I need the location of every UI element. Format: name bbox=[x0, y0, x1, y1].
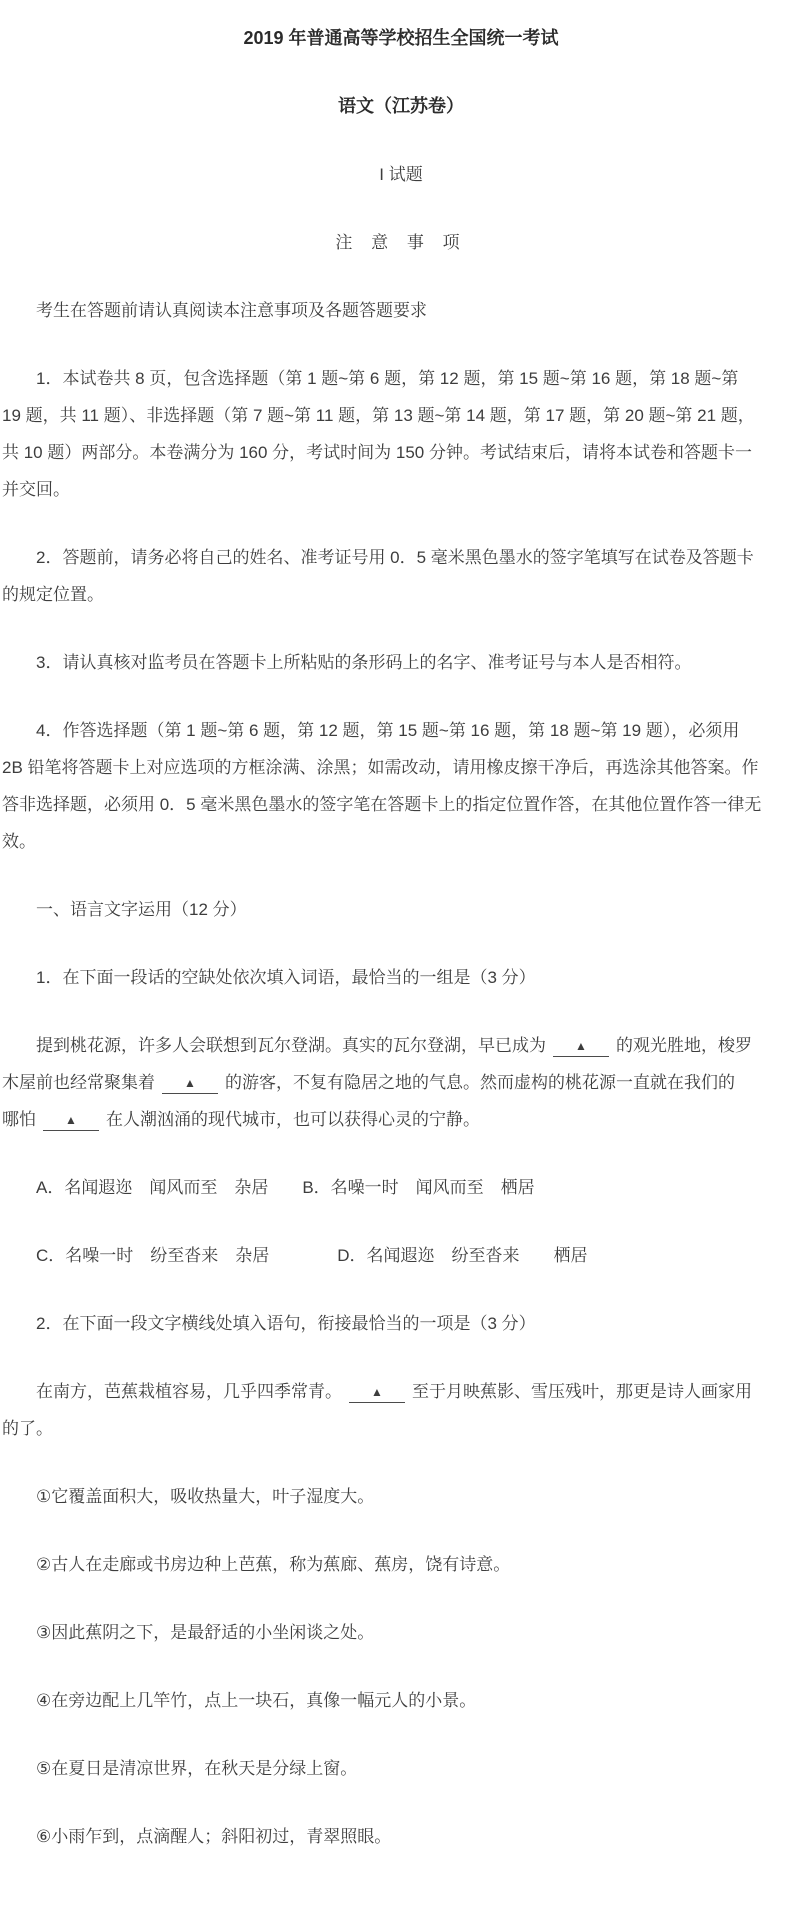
notice-intro: 考生在答题前请认真阅读本注意事项及各题答题要求 bbox=[2, 292, 800, 329]
question-1-stem: 1．在下面一段话的空缺处依次填入词语，最恰当的一组是（3 分） bbox=[2, 959, 800, 996]
fill-in-blank-marker: ▲ bbox=[43, 1113, 99, 1131]
question-2-passage-line-1: 在南方，芭蕉栽植容易，几乎四季常青。▲至于月映蕉影、雪压残叶，那更是诗人画家用 bbox=[2, 1373, 800, 1410]
notice-item-4: 4．作答选择题（第 1 题~第 6 题，第 12 题，第 15 题~第 16 题… bbox=[2, 712, 800, 860]
passage-text: 的游客，不复有隐居之地的气息。然而虚构的桃花源一直就在我们的 bbox=[225, 1073, 735, 1092]
question-2-stem: 2．在下面一段文字横线处填入语句，衔接最恰当的一项是（3 分） bbox=[2, 1305, 800, 1342]
question-1-passage-line-3: 哪怕▲在人潮汹涌的现代城市，也可以获得心灵的宁静。 bbox=[2, 1101, 800, 1138]
notice-item-4-line-1: 4．作答选择题（第 1 题~第 6 题，第 12 题，第 15 题~第 16 题… bbox=[2, 712, 800, 749]
notice-item-2: 2．答题前，请务必将自己的姓名、准考证号用 0．5 毫米黑色墨水的签字笔填写在试… bbox=[2, 539, 800, 613]
exam-title: 2019 年普通高等学校招生全国统一考试 bbox=[2, 20, 800, 57]
fill-in-blank-marker: ▲ bbox=[162, 1076, 218, 1094]
notice-item-3: 3．请认真核对监考员在答题卡上所粘贴的条形码上的名字、准考证号与本人是否相符。 bbox=[2, 644, 800, 681]
notice-item-4-line-3: 答非选择题，必须用 0．5 毫米黑色墨水的签字笔在答题卡上的指定位置作答，在其他… bbox=[2, 786, 800, 823]
question-2-passage: 在南方，芭蕉栽植容易，几乎四季常青。▲至于月映蕉影、雪压残叶，那更是诗人画家用 … bbox=[2, 1373, 800, 1447]
exam-subject-title: 语文（江苏卷） bbox=[2, 88, 800, 125]
question-1-passage-line-2: 木屋前也经常聚集着▲的游客，不复有隐居之地的气息。然而虚构的桃花源一直就在我们的 bbox=[2, 1064, 800, 1101]
notice-item-2-line-1: 2．答题前，请务必将自己的姓名、准考证号用 0．5 毫米黑色墨水的签字笔填写在试… bbox=[2, 539, 800, 576]
passage-text: 在人潮汹涌的现代城市，也可以获得心灵的宁静。 bbox=[106, 1110, 480, 1129]
passage-text: 木屋前也经常聚集着 bbox=[2, 1073, 155, 1092]
question-2-sentence-6: ⑥小雨乍到，点滴醒人；斜阳初过，青翠照眼。 bbox=[2, 1818, 800, 1855]
passage-text: 提到桃花源，许多人会联想到瓦尔登湖。真实的瓦尔登湖，早已成为 bbox=[36, 1036, 546, 1055]
notice-heading: 注 意 事 项 bbox=[2, 224, 800, 261]
passage-text: 至于月映蕉影、雪压残叶，那更是诗人画家用 bbox=[412, 1382, 752, 1401]
fill-in-blank-marker: ▲ bbox=[349, 1385, 405, 1403]
question-2-sentence-4: ④在旁边配上几竿竹，点上一块石，真像一幅元人的小景。 bbox=[2, 1682, 800, 1719]
notice-item-1-line-1: 1．本试卷共 8 页，包含选择题（第 1 题~第 6 题，第 12 题，第 15… bbox=[2, 360, 800, 397]
question-2-sentence-3: ③因此蕉阴之下，是最舒适的小坐闲谈之处。 bbox=[2, 1614, 800, 1651]
question-1-passage: 提到桃花源，许多人会联想到瓦尔登湖。真实的瓦尔登湖，早已成为▲的观光胜地，梭罗 … bbox=[2, 1027, 800, 1138]
notice-item-2-line-2: 的规定位置。 bbox=[2, 576, 800, 613]
notice-item-3-line-1: 3．请认真核对监考员在答题卡上所粘贴的条形码上的名字、准考证号与本人是否相符。 bbox=[2, 644, 800, 681]
notice-item-1-line-2: 19 题，共 11 题）、非选择题（第 7 题~第 11 题，第 13 题~第 … bbox=[2, 397, 800, 434]
notice-item-4-line-2: 2B 铅笔将答题卡上对应选项的方框涂满、涂黑；如需改动，请用橡皮擦干净后，再选涂… bbox=[2, 749, 800, 786]
question-2-sentence-5: ⑤在夏日是清凉世界，在秋天是分绿上窗。 bbox=[2, 1750, 800, 1787]
section-1-heading: 一、语言文字运用（12 分） bbox=[2, 891, 800, 928]
passage-text: 的观光胜地，梭罗 bbox=[616, 1036, 752, 1055]
notice-item-1-line-3: 共 10 题）两部分。本卷满分为 160 分，考试时间为 150 分钟。考试结束… bbox=[2, 434, 800, 471]
question-1-options-row-ab: A．名闻遐迩 闻风而至 杂居 B．名噪一时 闻风而至 栖居 bbox=[2, 1169, 800, 1206]
fill-in-blank-marker: ▲ bbox=[553, 1039, 609, 1057]
notice-item-4-line-4: 效。 bbox=[2, 823, 800, 860]
question-2-sentence-1: ①它覆盖面积大，吸收热量大，叶子湿度大。 bbox=[2, 1478, 800, 1515]
paper-part-label: I 试题 bbox=[2, 156, 800, 193]
exam-paper-page: 2019 年普通高等学校招生全国统一考试 语文（江苏卷） I 试题 注 意 事 … bbox=[0, 0, 800, 1932]
question-2-passage-line-2: 的了。 bbox=[2, 1410, 800, 1447]
notice-item-1-line-4: 并交回。 bbox=[2, 471, 800, 508]
question-1-options-row-cd: C．名噪一时 纷至沓来 杂居 D．名闻遐迩 纷至沓来 栖居 bbox=[2, 1237, 800, 1274]
passage-text: 在南方，芭蕉栽植容易，几乎四季常青。 bbox=[36, 1382, 342, 1401]
question-1-passage-line-1: 提到桃花源，许多人会联想到瓦尔登湖。真实的瓦尔登湖，早已成为▲的观光胜地，梭罗 bbox=[2, 1027, 800, 1064]
question-2-sentence-2: ②古人在走廊或书房边种上芭蕉，称为蕉廊、蕉房，饶有诗意。 bbox=[2, 1546, 800, 1583]
notice-item-1: 1．本试卷共 8 页，包含选择题（第 1 题~第 6 题，第 12 题，第 15… bbox=[2, 360, 800, 508]
passage-text: 哪怕 bbox=[2, 1110, 36, 1129]
